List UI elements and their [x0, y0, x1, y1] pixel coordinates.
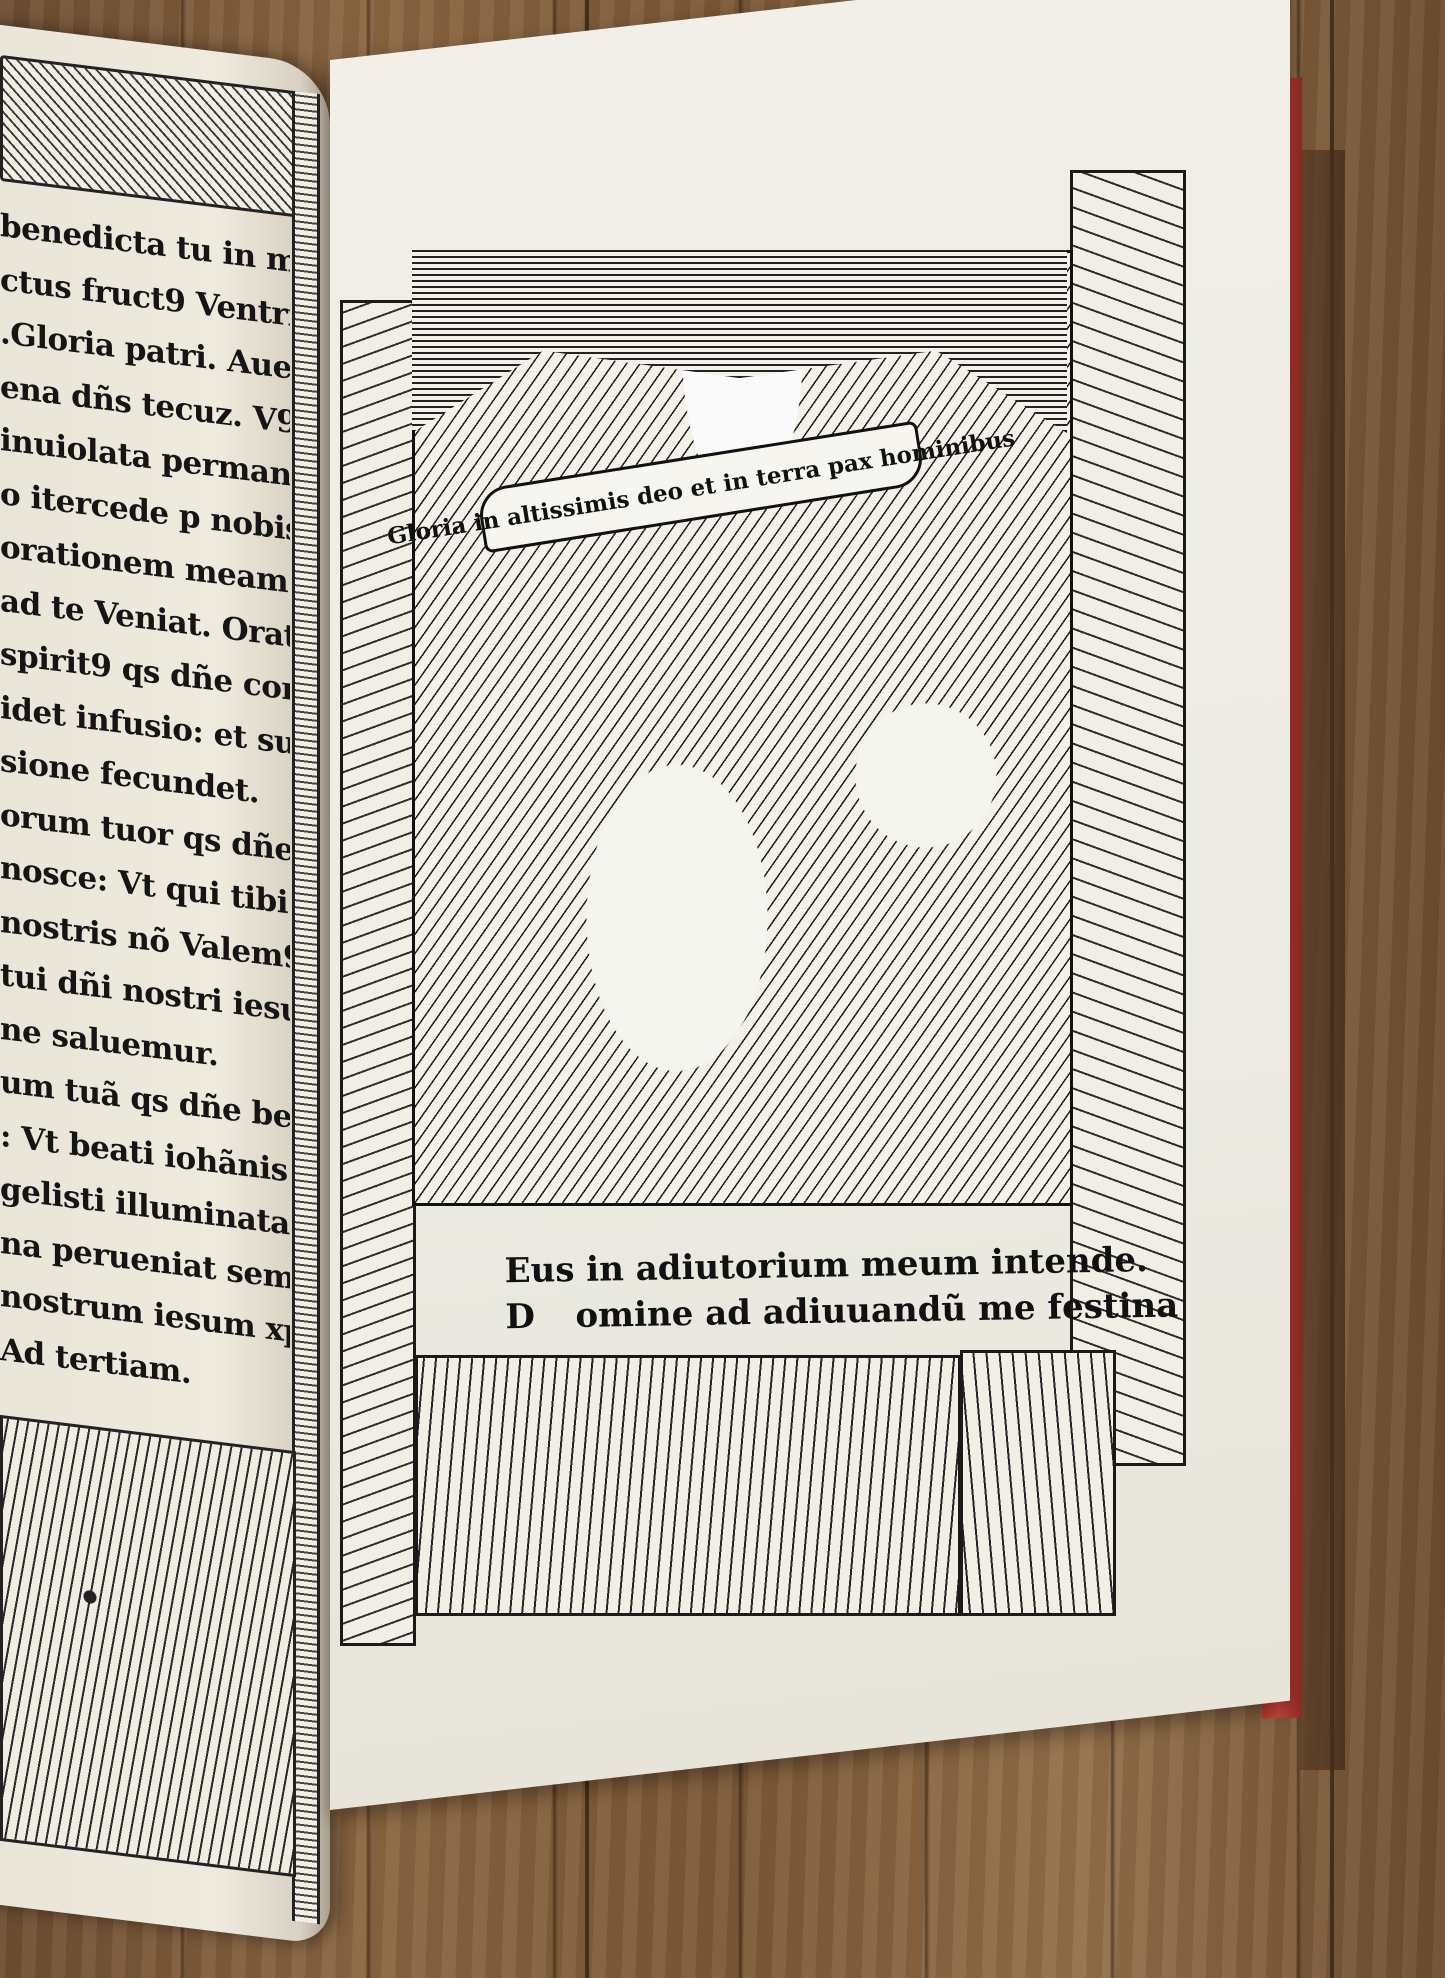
bottom-border-procession [415, 1355, 961, 1616]
woodcut-caption: Eus in adiutorium meum intende. Domine a… [504, 1238, 1106, 1340]
book-cover-shadow [1300, 150, 1345, 1770]
procession-woodcut [0, 1415, 296, 1877]
blackletter-text-block: benedicta tu in mulieri- ctus fruct9 Ven… [0, 200, 290, 1413]
shepherds-woodcut-illustration [412, 250, 1073, 1206]
caption-line-2-text: omine ad adiuuandũ me festina [575, 1285, 1178, 1336]
bottom-border-saint-reading [960, 1350, 1116, 1616]
ornamental-border-right [292, 91, 320, 1924]
ornamental-border-left [340, 300, 416, 1646]
caption-initial: D [505, 1293, 576, 1340]
left-page: benedicta tu in mulieri- ctus fruct9 Ven… [0, 20, 330, 1945]
ornamental-border-top [0, 55, 306, 219]
